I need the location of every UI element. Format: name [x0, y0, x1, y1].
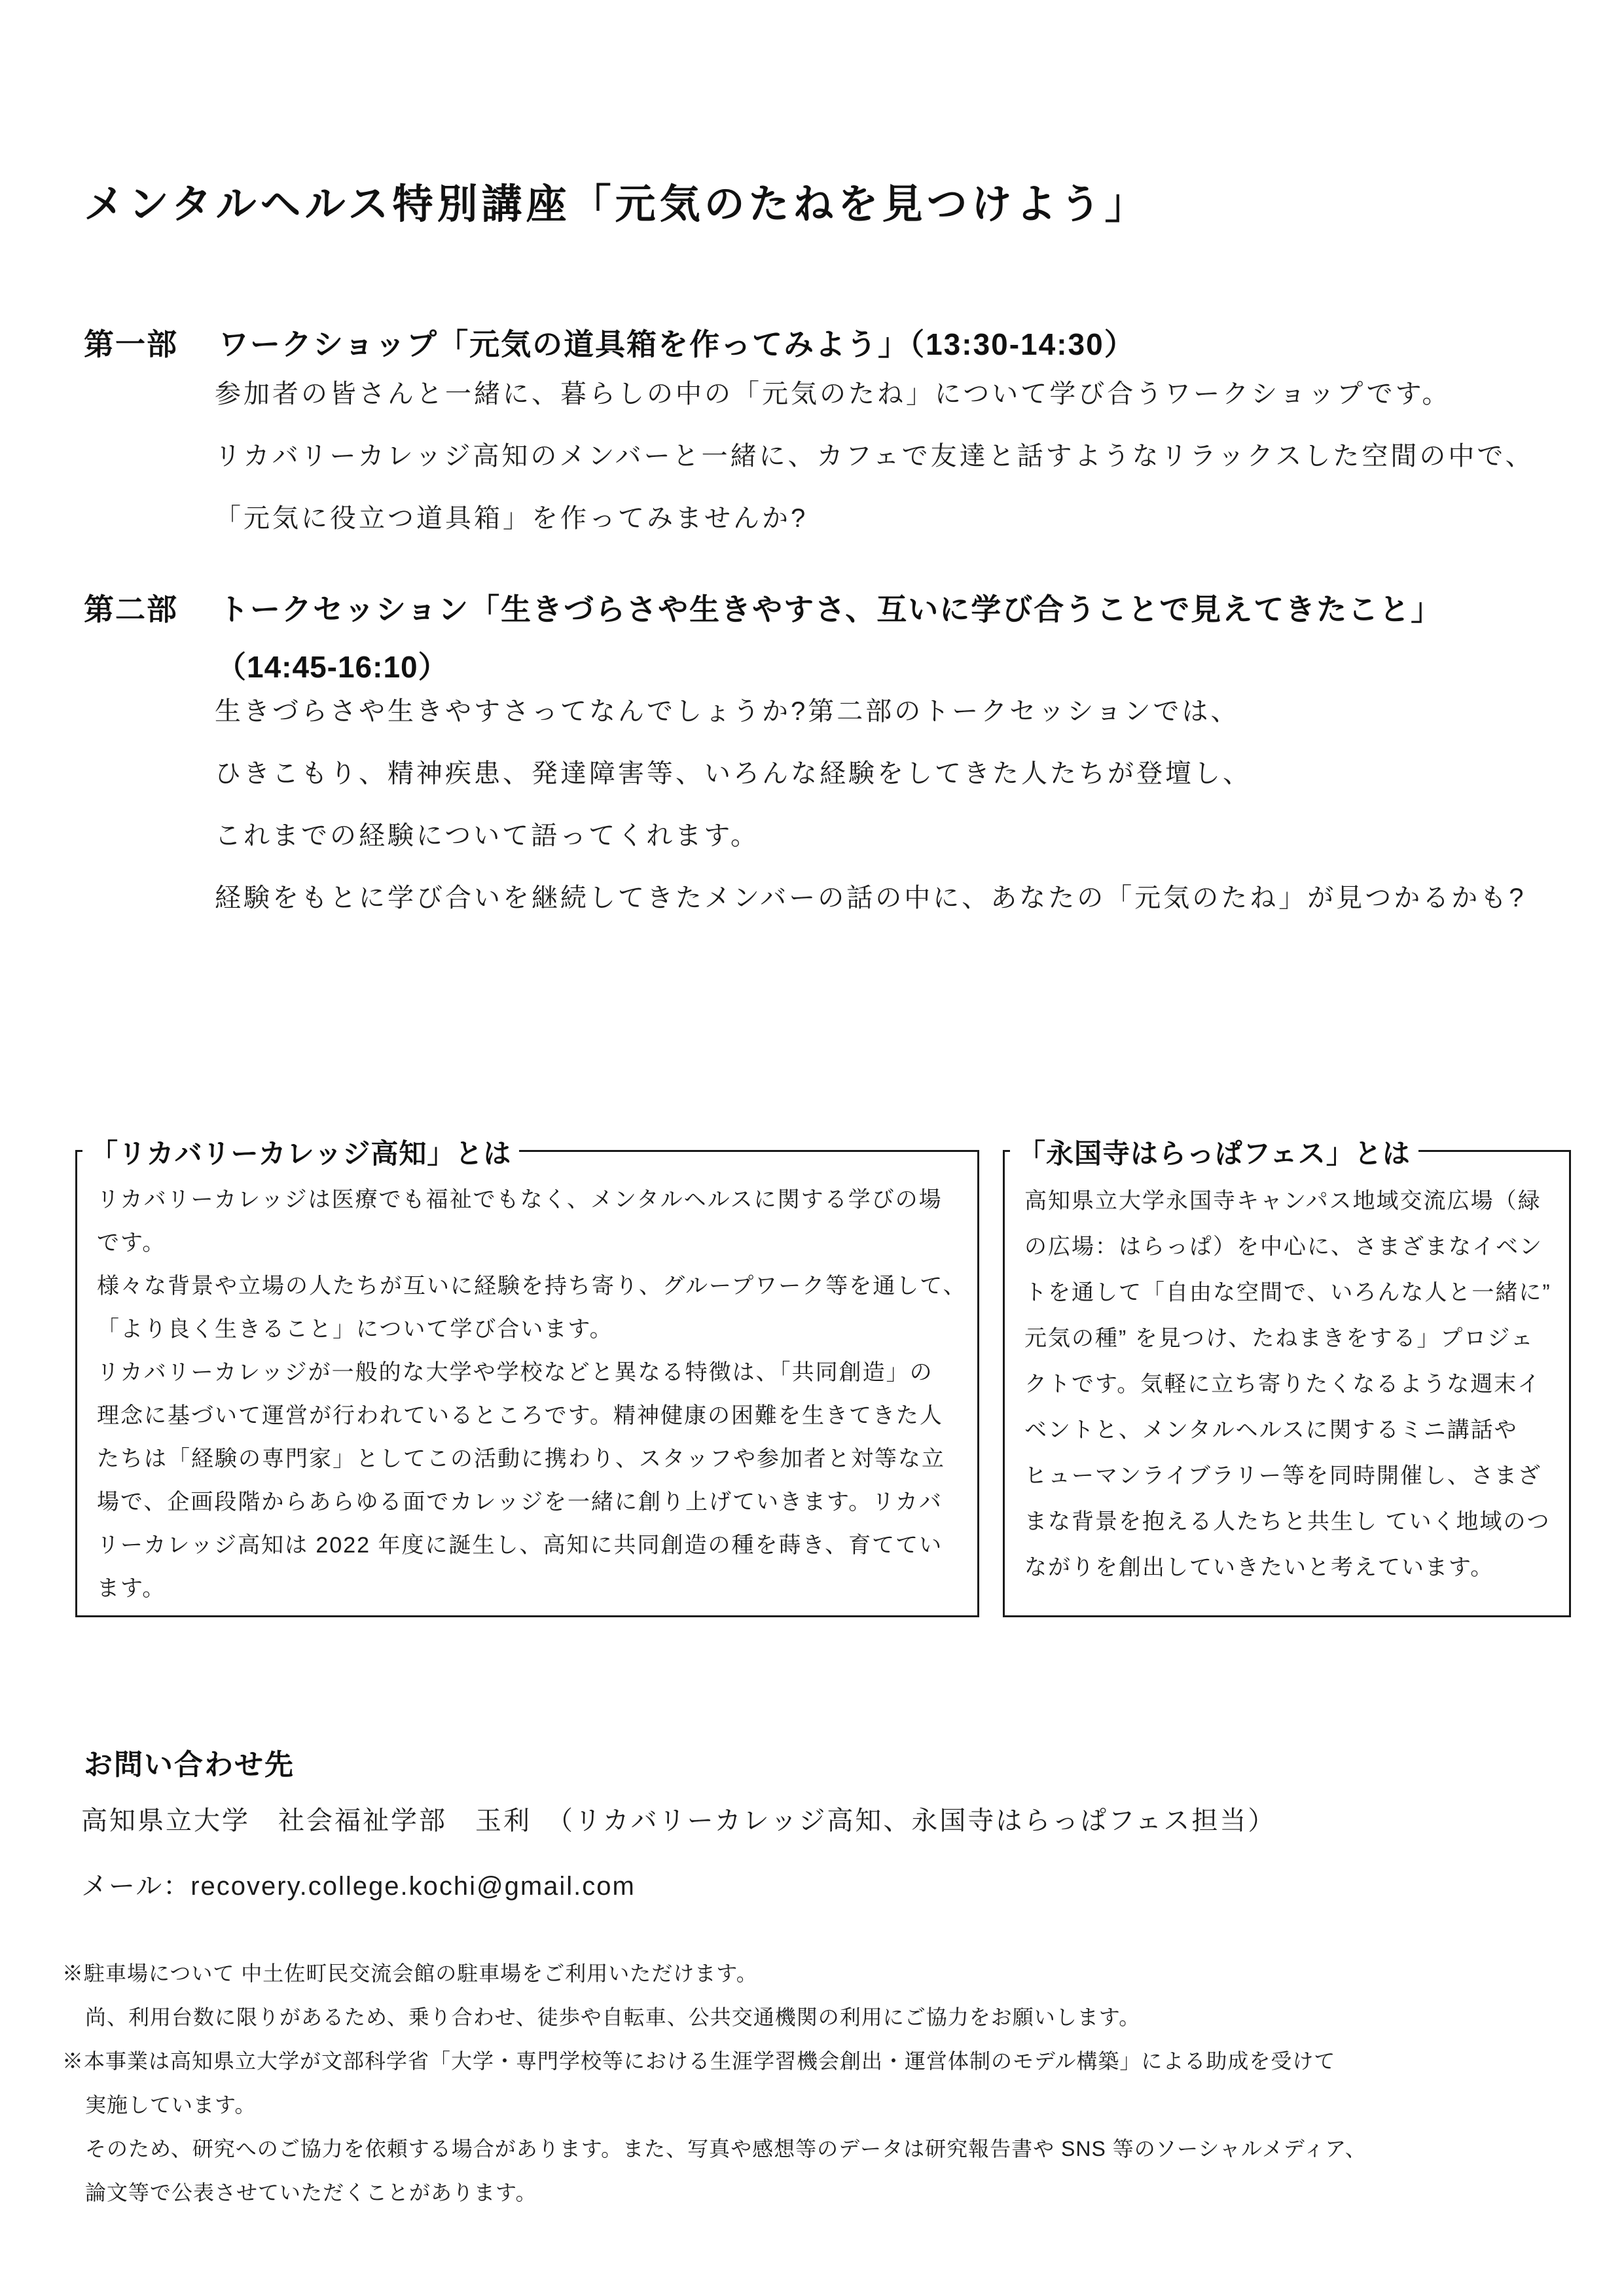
harappa-fes-box-body: 高知県立大学永国寺キャンパス地域交流広場（緑 の広場：はらっぱ）を中心に、さまざ…	[1024, 1178, 1560, 1590]
box-line: 「より良く生きること」について学び合います。	[97, 1308, 968, 1351]
part2-body-line: 生きづらさや生きやすさってなんでしょうか?第二部のトークセッションでは、	[215, 681, 1526, 743]
box-line: トを通して「自由な空間で、いろんな人と一緒に”	[1024, 1270, 1560, 1316]
part2-body: 生きづらさや生きやすさってなんでしょうか?第二部のトークセッションでは、 ひきこ…	[215, 681, 1526, 929]
recovery-college-box-body: リカバリーカレッジは医療でも福祉でもなく、メンタルヘルスに関する学びの場 です。…	[97, 1178, 968, 1610]
box-line: クトです。気軽に立ち寄りたくなるような週末イ	[1024, 1361, 1560, 1407]
flyer-page: メンタルヘルス特別講座「元気のたねを見つけよう」 第一部 ワークショップ「元気の…	[0, 0, 1624, 2296]
part1-body-line: 参加者の皆さんと一緒に、暮らしの中の「元気のたね」について学び合うワークショップ…	[215, 363, 1534, 425]
footnotes: ※駐車場について 中土佐町民交流会館の駐車場をご利用いただけます。 尚、利用台数…	[62, 1952, 1367, 2215]
box-line: リーカレッジ高知は 2022 年度に誕生し、高知に共同創造の種を蒔き、育ててい	[97, 1524, 968, 1567]
box-line: 様々な背景や立場の人たちが互いに経験を持ち寄り、グループワーク等を通して、	[97, 1265, 968, 1308]
box-line: 理念に基づいて運営が行われているところです。精神健康の困難を生きてきた人	[97, 1394, 968, 1437]
box-line: ベントと、メンタルヘルスに関するミニ講話や	[1024, 1407, 1560, 1453]
footnote-line: 尚、利用台数に限りがあるため、乗り合わせ、徒歩や自転車、公共交通機関の利用にご協…	[62, 1996, 1367, 2039]
recovery-college-box: 「リカバリーカレッジ高知」とは リカバリーカレッジは医療でも福祉でもなく、メンタ…	[75, 1150, 979, 1617]
part2-heading-text: トークセッション「生きづらさや生きやすさ、互いに学び合うことで見えてきたこと」	[219, 586, 1442, 629]
box-line: まな背景を抱える人たちと共生し ていく地域のつ	[1024, 1499, 1560, 1545]
part1-body-line: 「元気に役立つ道具箱」を作ってみませんか?	[215, 488, 1534, 550]
box-line: の広場：はらっぱ）を中心に、さまざまなイベン	[1024, 1224, 1560, 1270]
part2-body-line: 経験をもとに学び合いを継続してきたメンバーの話の中に、あなたの「元気のたね」が見…	[215, 867, 1526, 929]
box-line: ながりを創出していきたいと考えています。	[1024, 1545, 1560, 1590]
harappa-fes-box-title: 「永国寺はらっぱフェス」とは	[1010, 1132, 1418, 1172]
contact-heading: お問い合わせ先	[84, 1741, 295, 1783]
part1-label: 第一部	[84, 321, 178, 364]
contact-affiliation: 高知県立大学 社会福祉学部 玉利 （リカバリーカレッジ高知、永国寺はらっぱフェス…	[81, 1800, 1276, 1837]
part1-heading: 第一部 ワークショップ「元気の道具箱を作ってみよう」（13:30-14:30）	[84, 321, 1136, 364]
harappa-fes-box: 「永国寺はらっぱフェス」とは 高知県立大学永国寺キャンパス地域交流広場（緑 の広…	[1003, 1150, 1571, 1617]
box-line: です。	[97, 1221, 968, 1265]
part2-body-line: これまでの経験について語ってくれます。	[215, 805, 1526, 867]
page-title: メンタルヘルス特別講座「元気のたねを見つけよう」	[84, 171, 1149, 230]
footnote-line: ※本事業は高知県立大学が文部科学省「大学・専門学校等における生涯学習機会創出・運…	[62, 2039, 1367, 2083]
box-line: たちは「経験の専門家」としてこの活動に携わり、スタッフや参加者と対等な立	[97, 1437, 968, 1480]
recovery-college-box-title: 「リカバリーカレッジ高知」とは	[82, 1132, 519, 1172]
part1-body-line: リカバリーカレッジ高知のメンバーと一緒に、カフェで友達と話すようなリラックスした…	[215, 425, 1534, 488]
part1-heading-text: ワークショップ「元気の道具箱を作ってみよう」（13:30-14:30）	[219, 321, 1136, 364]
box-line: ヒューマンライブラリー等を同時開催し、さまざ	[1024, 1453, 1560, 1499]
part1-body: 参加者の皆さんと一緒に、暮らしの中の「元気のたね」について学び合うワークショップ…	[215, 363, 1534, 550]
part2-heading: 第二部 トークセッション「生きづらさや生きやすさ、互いに学び合うことで見えてきた…	[84, 586, 1442, 629]
footnote-line: 論文等で公表させていただくことがあります。	[62, 2171, 1367, 2215]
box-line: ます。	[97, 1567, 968, 1610]
box-line: 高知県立大学永国寺キャンパス地域交流広場（緑	[1024, 1178, 1560, 1224]
box-line: リカバリーカレッジは医療でも福祉でもなく、メンタルヘルスに関する学びの場	[97, 1178, 968, 1221]
part2-body-line: ひきこもり、精神疾患、発達障害等、いろんな経験をしてきた人たちが登壇し、	[215, 743, 1526, 805]
part2-label: 第二部	[84, 586, 178, 629]
box-line: リカバリーカレッジが一般的な大学や学校などと異なる特徴は、「共同創造」の	[97, 1351, 968, 1394]
footnote-line: 実施しています。	[62, 2083, 1367, 2127]
contact-email: メール：recovery.college.kochi@gmail.com	[81, 1865, 636, 1903]
box-line: 場で、企画段階からあらゆる面でカレッジを一緒に創り上げていきます。リカバ	[97, 1480, 968, 1524]
footnote-line: そのため、研究へのご協力を依頼する場合があります。また、写真や感想等のデータは研…	[62, 2127, 1367, 2171]
footnote-line: ※駐車場について 中土佐町民交流会館の駐車場をご利用いただけます。	[62, 1952, 1367, 1996]
box-line: 元気の種” を見つけ、たねまきをする」プロジェ	[1024, 1316, 1560, 1361]
